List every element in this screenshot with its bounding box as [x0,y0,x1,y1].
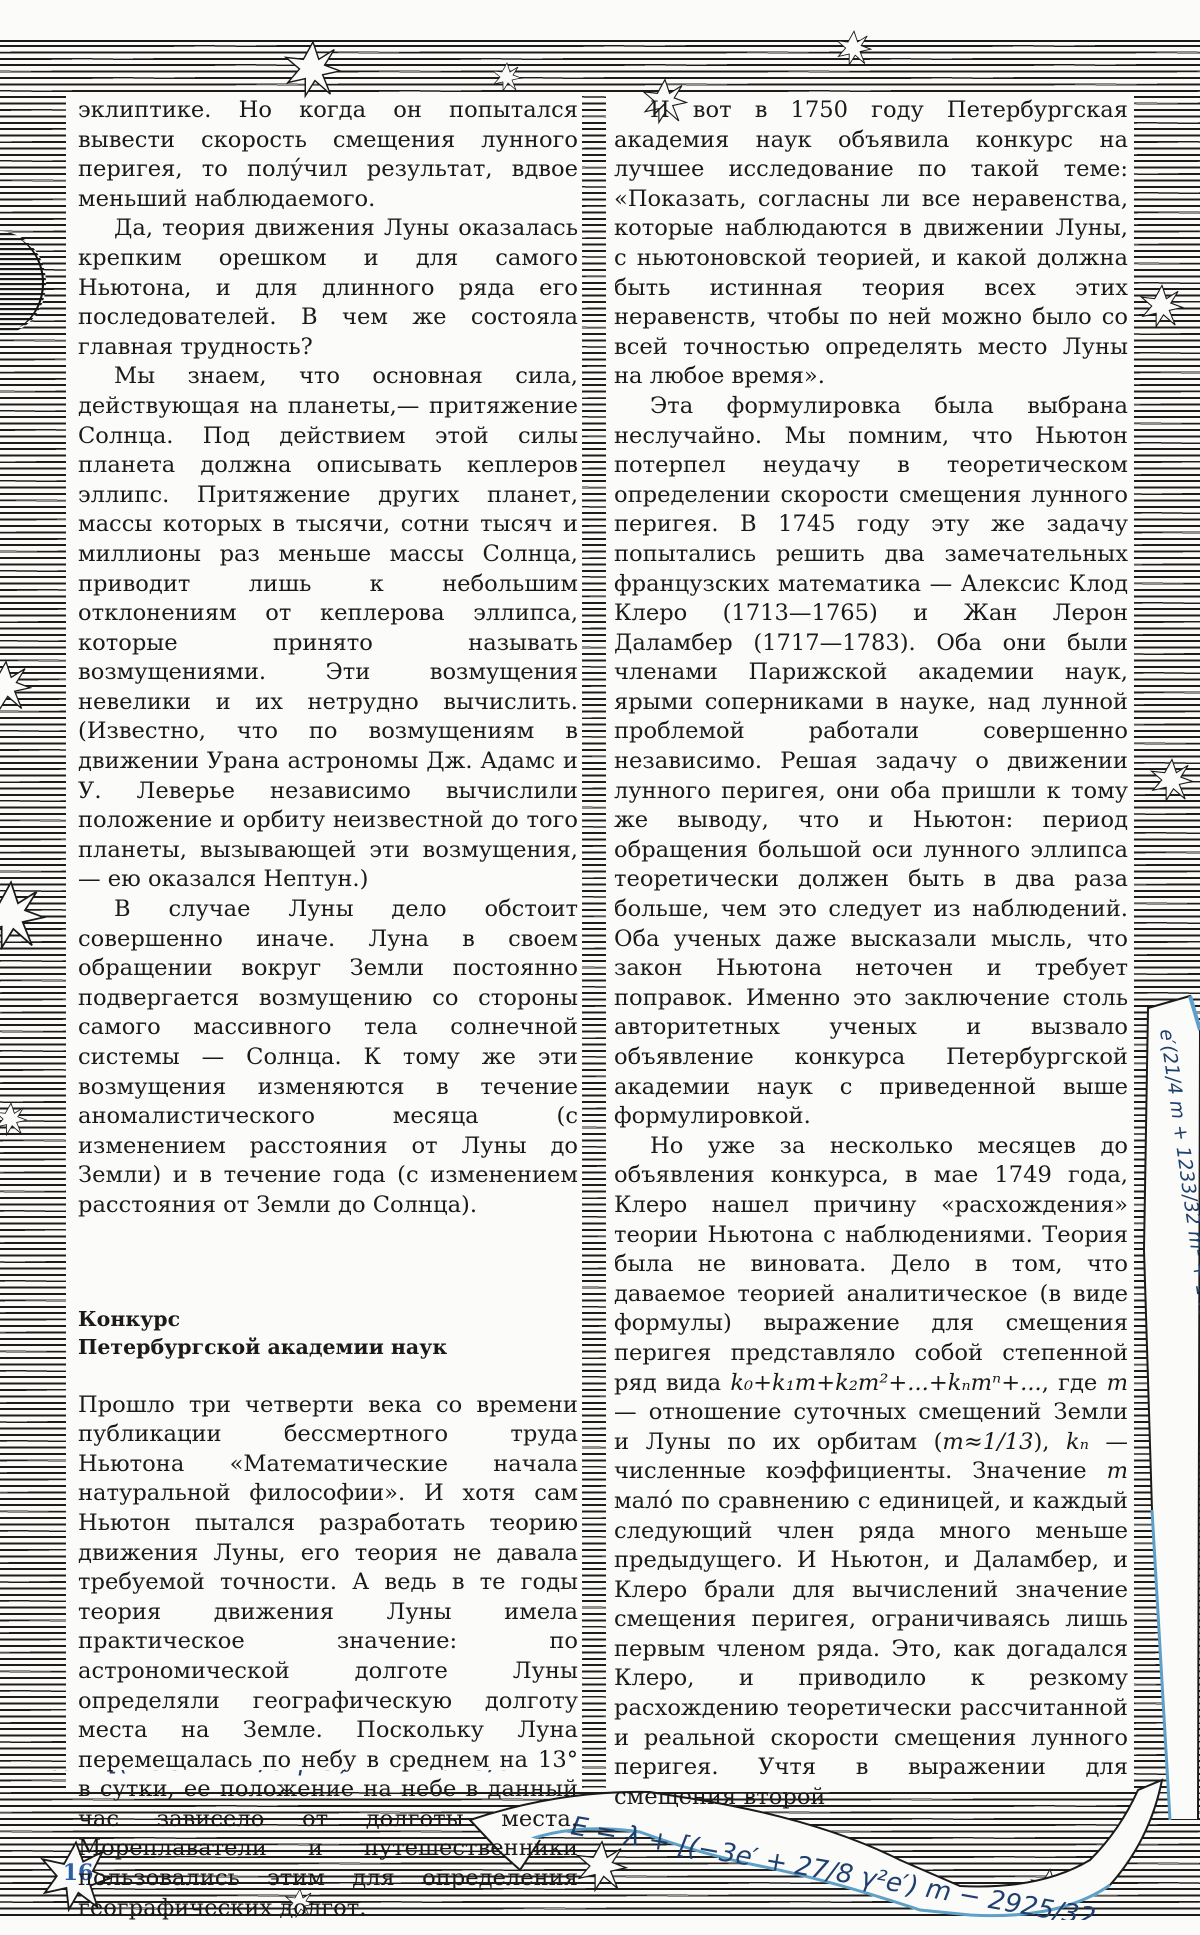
text-run: , где [1042,1370,1107,1396]
m-symbol: m [1107,1458,1128,1484]
star-icon [0,1102,28,1136]
m-symbol: m [1107,1370,1128,1396]
star-icon [492,62,522,92]
series-formula: k₀+k₁m+k₂m²+...+kₙmⁿ+... [730,1370,1041,1396]
kn-symbol: kₙ [1066,1429,1089,1455]
moon-icon [0,228,50,338]
svg-text:E = λ + [(−3e′ + 27/8 γ²e′) m: E = λ + [(−3e′ + 27/8 γ²e′) m − 2925/32 [569,1811,1098,1920]
paragraph: эклиптике. Но когда он попытался вывести… [78,96,578,214]
right-column: И вот в 1750 году Петербургская академия… [614,96,1128,1812]
m-approx-formula: m≈1/13 [942,1429,1033,1455]
section-heading-line2: Петербургской академии наук [78,1335,447,1359]
section-spacer [78,1221,578,1305]
star-icon [1140,284,1184,328]
paragraph: И вот в 1750 году Петербургская академия… [614,96,1128,392]
section-heading: Конкурс Петербургской академии наук [78,1305,578,1361]
left-column: эклиптике. Но когда он попытался вывести… [78,96,578,1923]
star-icon [1150,750,1194,810]
section-heading-line1: Конкурс [78,1307,180,1331]
paragraph: Мы знаем, что основная сила, действующая… [78,362,578,895]
formula-ribbon-right: e′(21/4 m + 1233/32 m² + 1493/64 m³ + 22… [1130,990,1200,1820]
formula-ribbon-bottom-label: E = λ + [(−3e′ + 27/8 γ²e′) m − 2925/32 [560,1800,1200,1920]
text-run: ), [1033,1429,1066,1455]
text-run: Но уже за несколько месяцев до объявлени… [614,1133,1128,1396]
paragraph: Да, теория движения Луны оказалась крепк… [78,214,578,362]
star-icon [284,40,342,98]
star-icon [836,30,872,66]
text-run: мало́ по сравнению с единицей, и каждый … [614,1488,1128,1810]
star-icon [0,880,46,950]
paragraph: Прошло три четверти века со времени публ… [78,1391,578,1924]
paragraph-with-formula: Но уже за несколько месяцев до объявлени… [614,1132,1128,1813]
paragraph: Эта формулировка была выбрана неслучайно… [614,392,1128,1132]
paragraph: В случае Луны дело обстоит совершенно ин… [78,895,578,1221]
star-icon [0,660,32,712]
